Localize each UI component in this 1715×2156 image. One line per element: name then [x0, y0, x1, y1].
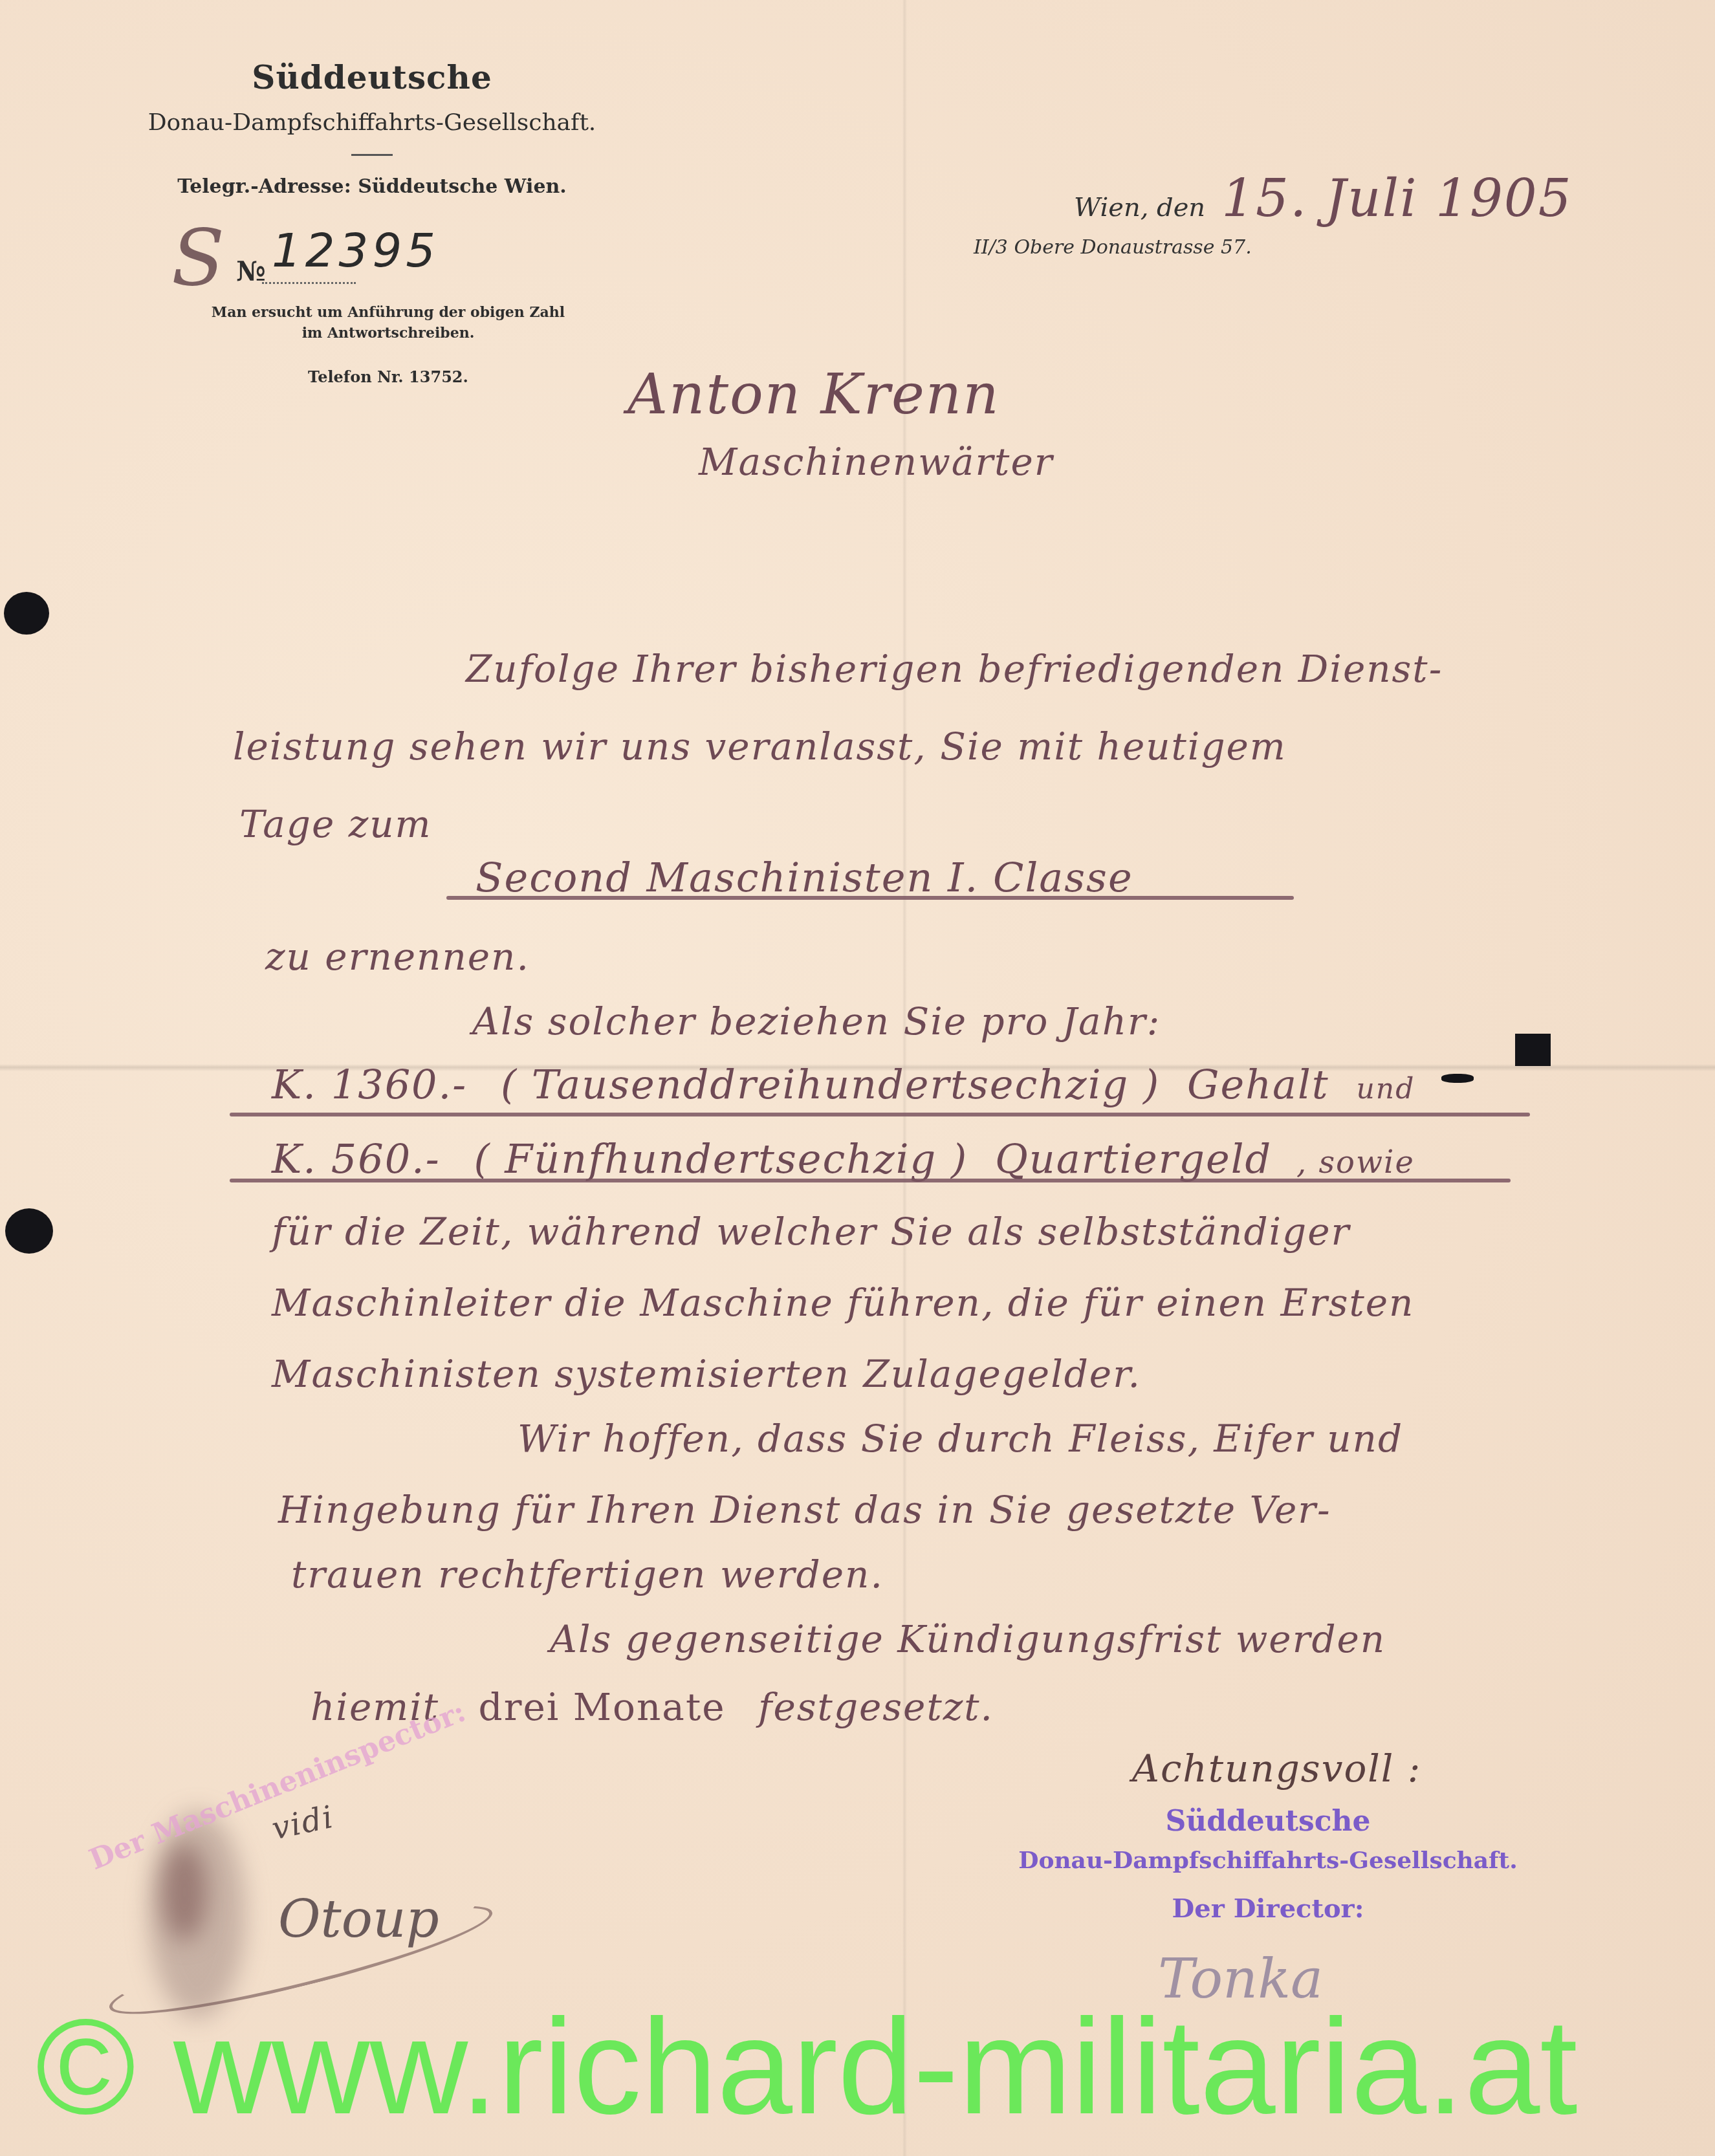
reference-note-line2: im Antwortschreiben.: [129, 325, 647, 342]
director-stamp: Süddeutsche Donau-Dampfschiffahrts-Gesel…: [983, 1805, 1553, 1924]
quarters-underline: [230, 1179, 1511, 1182]
quarters-conjunction: , sowie: [1296, 1144, 1415, 1181]
body-line-1: Zufolge Ihrer bisherigen befriedigenden …: [466, 647, 1443, 691]
salary-label: Gehalt: [1187, 1061, 1329, 1108]
paper-tear: [1515, 1034, 1551, 1066]
number-label: №: [236, 256, 266, 287]
dateline: Wien, den 15. Juli 1905: [1074, 168, 1573, 228]
copyright-watermark: © www.richard-militaria.at: [36, 1999, 1578, 2135]
letterhead-divider: [351, 154, 393, 156]
salary-line: K. 1360.- ( Tausenddreihundertsechzig ) …: [272, 1061, 1415, 1108]
salary-underline: [230, 1113, 1530, 1116]
body-line-3: Tage zum: [239, 802, 432, 846]
body-appoint-end: zu ernennen.: [265, 935, 530, 979]
telephone: Telefon Nr. 13752.: [129, 367, 647, 386]
sender-address: II/3 Obere Donaustrasse 57.: [974, 236, 1252, 259]
salary-intro: Als solcher beziehen Sie pro Jahr:: [472, 999, 1161, 1043]
appointment-underline: [446, 896, 1294, 900]
date-value: 15. Juli 1905: [1221, 168, 1572, 228]
body-line-8: Hingebung für Ihren Dienst das in Sie ge…: [278, 1488, 1331, 1532]
reference-note: Man ersucht um Anführung der obigen Zahl…: [129, 304, 647, 386]
telegram-address: Telegr.-Adresse: Süddeutsche Wien.: [97, 175, 647, 198]
body-line-4: für die Zeit, während welcher Sie als se…: [272, 1210, 1350, 1254]
reference-mark: S: [171, 213, 226, 303]
closing-salutation: Achtungsvoll :: [1132, 1747, 1421, 1791]
body-line-10: Als gegenseitige Kündigungsfrist werden: [550, 1617, 1386, 1661]
salary-words: ( Tausenddreihundertsechzig ): [501, 1061, 1160, 1108]
notice-period: drei Monate: [479, 1685, 726, 1729]
quarters-amount: K. 560.-: [272, 1135, 441, 1182]
body-line-2: leistung sehen wir uns veranlasst, Sie m…: [233, 724, 1287, 768]
reference-number: 12395: [272, 223, 439, 278]
stamp-director-label: Der Director:: [983, 1893, 1553, 1924]
quarters-line: K. 560.- ( Fünfhundertsechzig ) Quartier…: [272, 1135, 1415, 1182]
salary-conjunction: und: [1356, 1073, 1415, 1105]
quarters-words: ( Fünfhundertsechzig ): [474, 1135, 968, 1182]
stamp-company-name: Süddeutsche: [983, 1805, 1553, 1838]
body-line-9: trauen rechtfertigen werden.: [291, 1552, 884, 1596]
paper-tear-small: [1441, 1074, 1474, 1083]
punch-hole-bottom: [5, 1208, 53, 1254]
punch-hole-top: [4, 592, 49, 635]
body-line-7: Wir hoffen, dass Sie durch Fleiss, Eifer…: [518, 1417, 1403, 1461]
reference-dotted-line: [262, 282, 356, 284]
company-name: Süddeutsche: [97, 58, 647, 96]
recipient-title: Maschinenwärter: [699, 440, 1053, 484]
letterhead: Süddeutsche Donau-Dampfschiffahrts-Gesel…: [97, 58, 647, 198]
body-line-6: Maschinisten systemisierten Zulagegelder…: [272, 1352, 1141, 1396]
appointment-title: Second Maschinisten I. Classe: [475, 854, 1133, 901]
salary-amount: K. 1360.-: [272, 1061, 467, 1108]
company-subtitle: Donau-Dampfschiffahrts-Gesellschaft.: [97, 109, 647, 136]
notice-festgesetzt: festgesetzt.: [758, 1685, 994, 1729]
quarters-label: Quartiergeld: [995, 1135, 1272, 1182]
reference-note-line1: Man ersucht um Anführung der obigen Zahl: [129, 304, 647, 321]
ink-smudge-dark: [162, 1844, 207, 1941]
stamp-company-subtitle: Donau-Dampfschiffahrts-Gesellschaft.: [983, 1847, 1553, 1874]
recipient-name: Anton Krenn: [628, 362, 1000, 427]
body-line-5: Maschinleiter die Maschine führen, die f…: [272, 1281, 1414, 1325]
date-place: Wien, den: [1074, 193, 1205, 223]
